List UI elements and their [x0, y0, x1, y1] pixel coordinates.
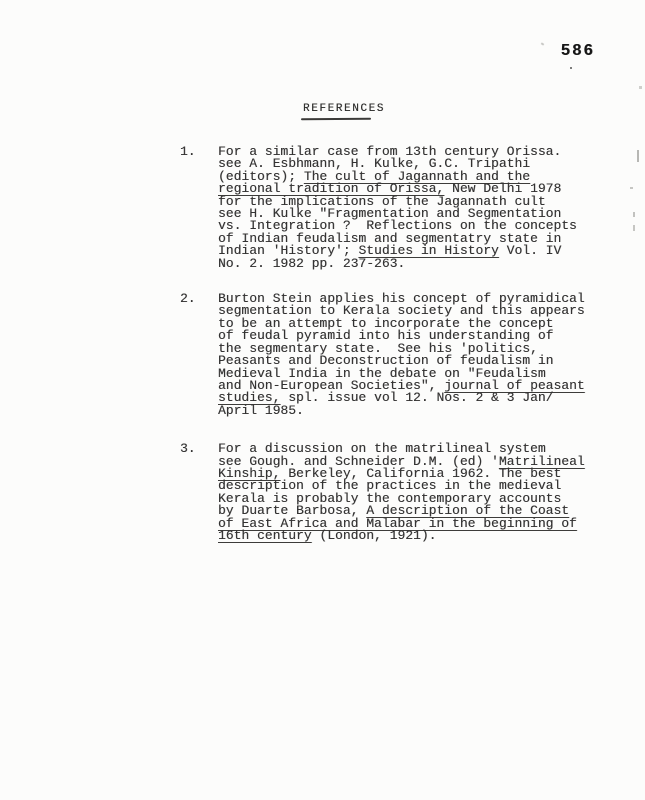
scan-artifact: [541, 42, 545, 45]
reference-item: 2.Burton Stein applies his concept of py…: [180, 293, 600, 417]
reference-body: For a similar case from 13th century Ori…: [218, 146, 600, 270]
text-segment: 16th century: [218, 528, 312, 543]
text-segment: No. 2. 1982 pp. 237-263.: [218, 256, 405, 271]
reference-line: No. 2. 1982 pp. 237-263.: [218, 258, 600, 270]
reference-number: 1.: [180, 146, 218, 158]
reference-line: April 1985.: [218, 405, 600, 417]
page-title: REFERENCES: [303, 103, 385, 115]
scan-artifact: [633, 225, 635, 231]
reference-number: 2.: [180, 293, 218, 305]
reference-item: 3.For a discussion on the matrilineal sy…: [180, 443, 600, 542]
page-number: 586: [561, 45, 595, 57]
scan-artifact: [630, 187, 633, 189]
reference-item: 1.For a similar case from 13th century O…: [180, 146, 600, 270]
reference-body: For a discussion on the matrilineal syst…: [218, 443, 600, 542]
reference-body: Burton Stein applies his concept of pyra…: [218, 293, 600, 417]
text-segment: (London, 1921).: [312, 528, 437, 543]
text-segment: April 1985.: [218, 403, 304, 418]
text-segment: Vol. IV: [499, 243, 561, 258]
scan-artifact: [637, 150, 639, 162]
text-segment: spl. issue vol 12. Nos. 2 & 3 Jan/: [280, 390, 553, 405]
reference-line: 16th century (London, 1921).: [218, 530, 600, 542]
title-underline: [301, 118, 371, 120]
references-list: 1.For a similar case from 13th century O…: [180, 146, 600, 565]
scan-artifact: [639, 86, 642, 89]
scanned-document-page: 586 REFERENCES 1.For a similar case from…: [0, 0, 645, 800]
scan-artifact: [570, 67, 572, 69]
scan-artifact: [633, 212, 635, 217]
reference-number: 3.: [180, 443, 218, 455]
